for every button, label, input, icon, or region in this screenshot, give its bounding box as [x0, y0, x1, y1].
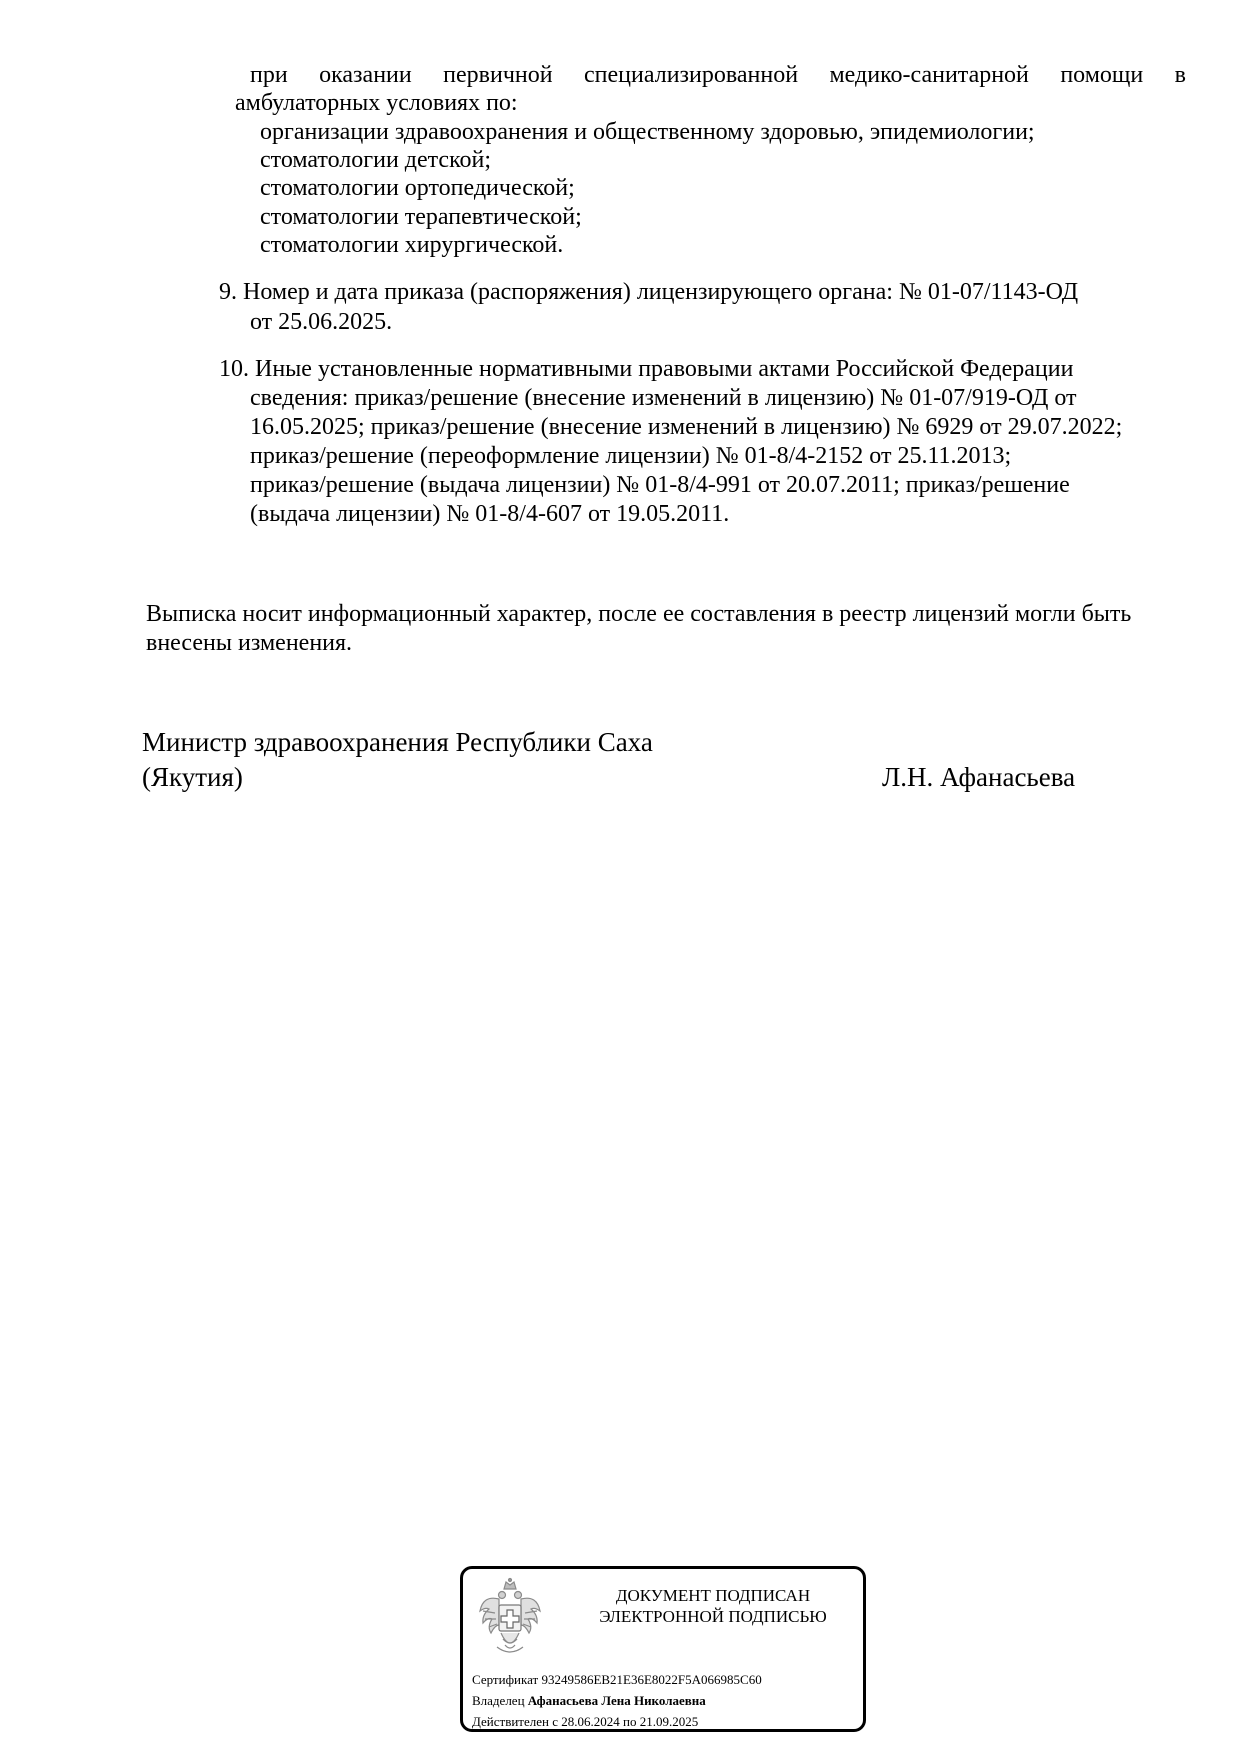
section10-line: 16.05.2025; приказ/решение (внесение изм… — [250, 413, 1122, 441]
section10-line: приказ/решение (переоформление лицензии)… — [250, 442, 1011, 470]
section10-line: сведения: приказ/решение (внесение измен… — [250, 384, 1077, 412]
stamp-title-line2: ЭЛЕКТРОННОЙ ПОДПИСЬЮ — [563, 1606, 863, 1627]
intro-word: специализированной — [584, 61, 798, 89]
signer-position-line2: (Якутия) — [142, 758, 243, 796]
intro-word: в — [1175, 61, 1186, 89]
intro-word: медико-санитарной — [829, 61, 1028, 89]
certificate-value: 93249586EB21E36E8022F5A066985C60 — [541, 1672, 761, 1687]
section9-line1: 9. Номер и дата приказа (распоряжения) л… — [219, 278, 1078, 306]
stamp-title-line1: ДОКУМЕНТ ПОДПИСАН — [563, 1585, 863, 1606]
intro-word: при — [250, 61, 288, 89]
intro-word: оказании — [319, 61, 412, 89]
signer-name: Л.Н. Афанасьева — [882, 758, 1075, 796]
owner-value: Афанасьева Лена Николаевна — [528, 1693, 706, 1708]
specialty-item: организации здравоохранения и общественн… — [260, 118, 1035, 146]
stamp-title: ДОКУМЕНТ ПОДПИСАН ЭЛЕКТРОННОЙ ПОДПИСЬЮ — [563, 1585, 863, 1627]
owner-line: Владелец Афанасьева Лена Николаевна — [472, 1693, 706, 1709]
section8-intro-line1: при оказании первичной специализированно… — [250, 61, 1186, 89]
specialty-item: стоматологии хирургической. — [260, 231, 563, 259]
section8-intro-line2: амбулаторных условиях по: — [235, 89, 518, 117]
intro-word: первичной — [443, 61, 552, 89]
disclaimer-line1: Выписка носит информационный характер, п… — [146, 600, 1131, 628]
section10-line: приказ/решение (выдача лицензии) № 01-8/… — [250, 471, 1070, 499]
certificate-label: Сертификат — [472, 1672, 538, 1687]
e-signature-stamp: ДОКУМЕНТ ПОДПИСАН ЭЛЕКТРОННОЙ ПОДПИСЬЮ С… — [460, 1566, 866, 1732]
specialty-item: стоматологии ортопедической; — [260, 174, 575, 202]
intro-word: помощи — [1060, 61, 1143, 89]
specialty-item: стоматологии детской; — [260, 146, 491, 174]
specialty-item: стоматологии терапевтической; — [260, 203, 582, 231]
section10-line: 10. Иные установленные нормативными прав… — [219, 355, 1073, 383]
owner-label: Владелец — [472, 1693, 525, 1708]
certificate-line: Сертификат 93249586EB21E36E8022F5A066985… — [472, 1672, 762, 1688]
signer-position-line1: Министр здравоохранения Республики Саха — [142, 723, 653, 761]
disclaimer-line2: внесены изменения. — [146, 629, 352, 657]
section10-line: (выдача лицензии) № 01-8/4-607 от 19.05.… — [250, 500, 729, 528]
section9-line2: от 25.06.2025. — [250, 308, 392, 336]
validity-line: Действителен с 28.06.2024 по 21.09.2025 — [472, 1714, 698, 1730]
coat-of-arms-emblem-icon — [477, 1577, 543, 1657]
